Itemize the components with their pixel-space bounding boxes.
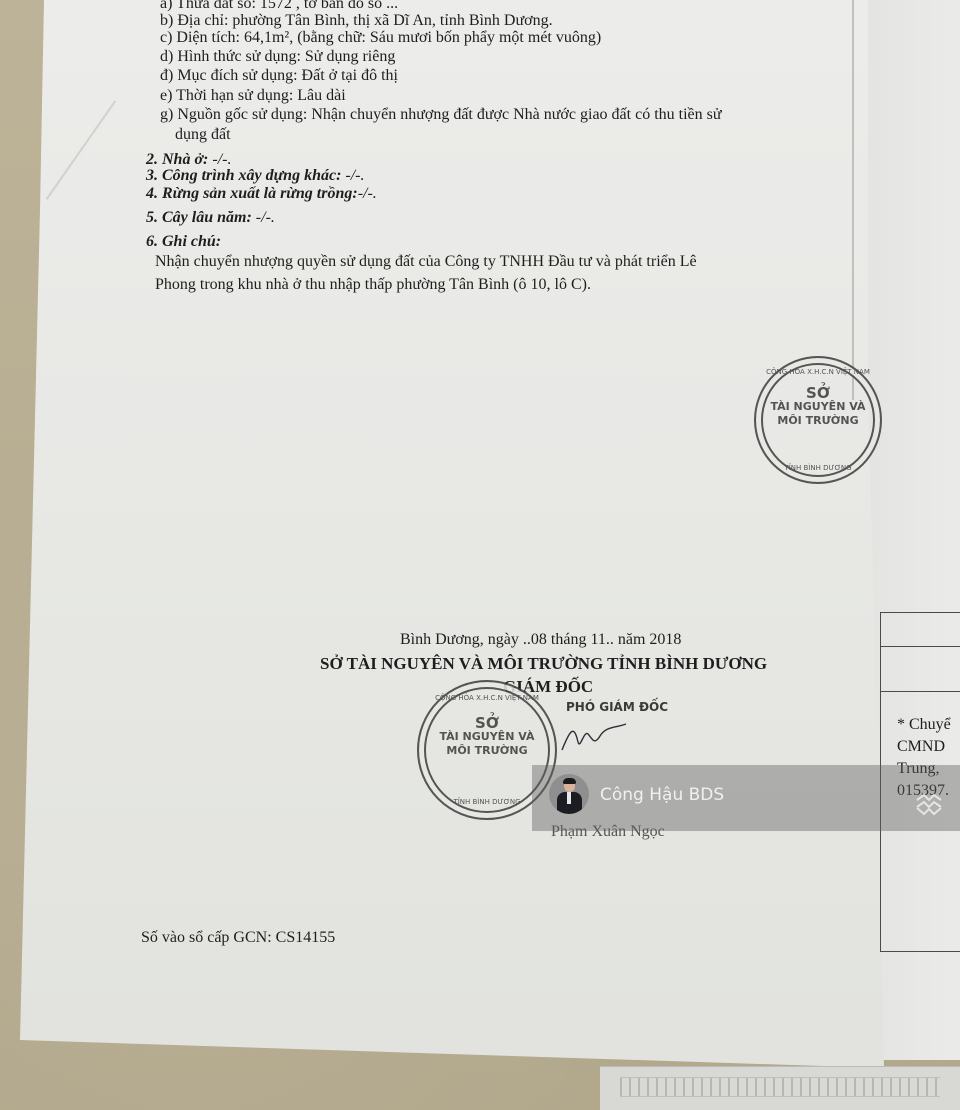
seal-line-1: SỞ (756, 386, 880, 400)
seal-line-3: MÔI TRƯỜNG (756, 414, 880, 428)
usage-origin-cont: dụng đất (175, 125, 231, 144)
section-perennial-trees: 5. Cây lâu năm: -/-. (146, 208, 275, 227)
panel-line-2: CMND (897, 736, 945, 758)
note-line-2: Phong trong khu nhà ở thu nhập thấp phườ… (155, 275, 591, 294)
seal-ring-top: CỘNG HÒA X.H.C.N VIỆT NAM (756, 368, 880, 376)
seal-line-1: SỞ (419, 716, 555, 730)
watermark-name: Công Hậu BDS (600, 785, 724, 805)
seal-line-3: MÔI TRƯỜNG (419, 744, 555, 758)
section-notes: 6. Ghi chú: (146, 232, 221, 251)
deputy-director-title: PHÓ GIÁM ĐỐC (566, 698, 668, 717)
section-forest: 4. Rừng sản xuất là rừng trồng:-/-. (146, 184, 377, 203)
official-seal-upper: SỞTÀI NGUYÊN VÀMÔI TRƯỜNG CỘNG HÒA X.H.C… (754, 356, 882, 484)
usage-form: d) Hình thức sử dụng: Sử dụng riêng (160, 47, 395, 66)
parcel-area: c) Diện tích: 64,1m², (bằng chữ: Sáu mươ… (160, 28, 601, 47)
seal-line-2: TÀI NGUYÊN VÀ (419, 730, 555, 744)
panel-line-1: * Chuyể (897, 714, 951, 736)
profile-photo-icon (549, 774, 589, 814)
seal-ring-top: CỘNG HÒA X.H.C.N VIỆT NAM (419, 694, 555, 702)
seal-line-2: TÀI NGUYÊN VÀ (756, 400, 880, 414)
signature-mark (560, 720, 630, 756)
usage-origin: g) Nguồn gốc sử dụng: Nhận chuyển nhượng… (160, 105, 722, 124)
note-line-1: Nhận chuyển nhượng quyền sử dụng đất của… (155, 252, 697, 271)
watermark-banner (532, 765, 960, 831)
usage-term: e) Thời hạn sử dụng: Lâu dài (160, 86, 346, 105)
issuing-agency: SỞ TÀI NGUYÊN VÀ MÔI TRƯỜNG TỈNH BÌNH DƯ… (320, 654, 767, 673)
section-other-construction: 3. Công trình xây dựng khác: -/-. (146, 166, 365, 185)
usage-purpose: đ) Mục đích sử dụng: Đất ở tại đô thị (160, 66, 398, 85)
registry-number: Số vào sổ cấp GCN: CS14155 (141, 928, 335, 947)
seal-ring-bottom: TỈNH BÌNH DƯƠNG (756, 464, 880, 472)
chevron-logo-icon (914, 794, 944, 816)
certificate-body: a) Thửa đất số: 1572 , tờ bản đồ số ... … (0, 0, 960, 1110)
place-date: Bình Dương, ngày ..08 tháng 11.. năm 201… (400, 630, 681, 649)
